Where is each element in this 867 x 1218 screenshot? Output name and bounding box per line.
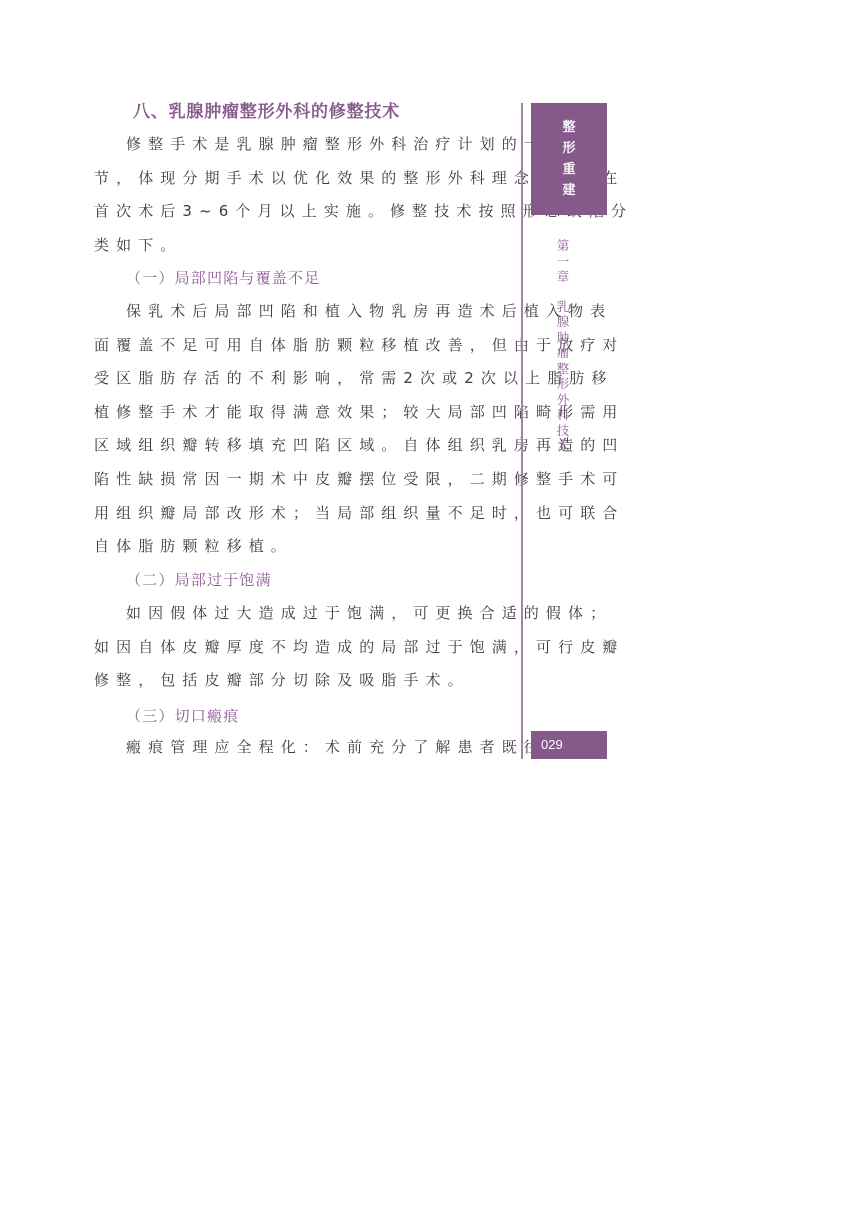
text-line: 修整，包括皮瓣部分切除及吸脂手术。 [94, 664, 496, 698]
subsection-heading-3: （三）切口瘢痕 [126, 705, 239, 727]
intro-paragraph: 修整手术是乳腺肿瘤整形外科治疗计划的一个环 节，体现分期手术以优化效果的整形外科… [94, 128, 496, 262]
subsection-1-paragraph: 保乳术后局部凹陷和植入物乳房再造术后植入物表 面覆盖不足可用自体脂肪颗粒移植改善… [94, 295, 496, 564]
tab-char: 重 [562, 159, 575, 180]
text-line: 首次术后3~6个月以上实施。修整技术按照形态缺陷分 [94, 195, 496, 229]
chapter-title-char: 乳 [557, 299, 570, 315]
chapter-title-char: 外 [557, 392, 570, 408]
text-line: 植修整手术才能取得满意效果；较大局部凹陷畸形需用 [94, 396, 496, 430]
chapter-char: 一 [557, 254, 570, 270]
chapter-title-char: 整 [557, 361, 570, 377]
section-tab: 整 形 重 建 [531, 103, 607, 215]
text-line: 受区脂肪存活的不利影响，常需2次或2次以上脂肪移 [94, 362, 496, 396]
text-line: 类如下。 [94, 229, 496, 263]
text-line: 瘢痕管理应全程化：术前充分了解患者既往手术的 [94, 731, 496, 765]
text-line: 修整手术是乳腺肿瘤整形外科治疗计划的一个环 [94, 128, 496, 162]
chapter-title-char: 肿 [557, 330, 570, 346]
text-line: 节，体现分期手术以优化效果的整形外科理念，建议在 [94, 162, 496, 196]
subsection-2-paragraph: 如因假体过大造成过于饱满，可更换合适的假体； 如因自体皮瓣厚度不均造成的局部过于… [94, 597, 496, 698]
chapter-running-head: 第 一 章 乳 腺 肿 瘤 整 形 外 科 技 术 [553, 238, 573, 454]
chapter-title-char: 腺 [557, 314, 570, 330]
text-line: 区域组织瓣转移填充凹陷区域。自体组织乳房再造的凹 [94, 429, 496, 463]
subsection-heading-2: （二）局部过于饱满 [126, 569, 272, 591]
text-line: 面覆盖不足可用自体脂肪颗粒移植改善，但由于放疗对 [94, 329, 496, 363]
chapter-char: 章 [557, 269, 570, 285]
subsection-3-paragraph: 瘢痕管理应全程化：术前充分了解患者既往手术的 [94, 731, 496, 765]
tab-char: 建 [562, 180, 575, 201]
tab-char: 整 [562, 117, 575, 138]
text-line: 陷性缺损常因一期术中皮瓣摆位受限，二期修整手术可 [94, 463, 496, 497]
tab-char: 形 [562, 138, 575, 159]
book-page: 八、乳腺肿瘤整形外科的修整技术 修整手术是乳腺肿瘤整形外科治疗计划的一个环 节，… [0, 0, 867, 1218]
text-line: 如因自体皮瓣厚度不均造成的局部过于饱满，可行皮瓣 [94, 631, 496, 665]
subsection-heading-1: （一）局部凹陷与覆盖不足 [126, 267, 320, 289]
chapter-title-char: 形 [557, 376, 570, 392]
chapter-title-char: 瘤 [557, 345, 570, 361]
text-line: 如因假体过大造成过于饱满，可更换合适的假体； [94, 597, 496, 631]
chapter-char: 第 [557, 238, 570, 254]
chapter-title-char: 科 [557, 407, 570, 423]
text-line: 用组织瓣局部改形术；当局部组织量不足时，也可联合 [94, 497, 496, 531]
text-line: 保乳术后局部凹陷和植入物乳房再造术后植入物表 [94, 295, 496, 329]
page-number: 029 [531, 731, 607, 759]
section-title: 八、乳腺肿瘤整形外科的修整技术 [133, 100, 400, 124]
chapter-title-char: 技 [557, 423, 570, 439]
text-line: 自体脂肪颗粒移植。 [94, 530, 496, 564]
vertical-divider [521, 103, 523, 759]
chapter-title-char: 术 [557, 438, 570, 454]
